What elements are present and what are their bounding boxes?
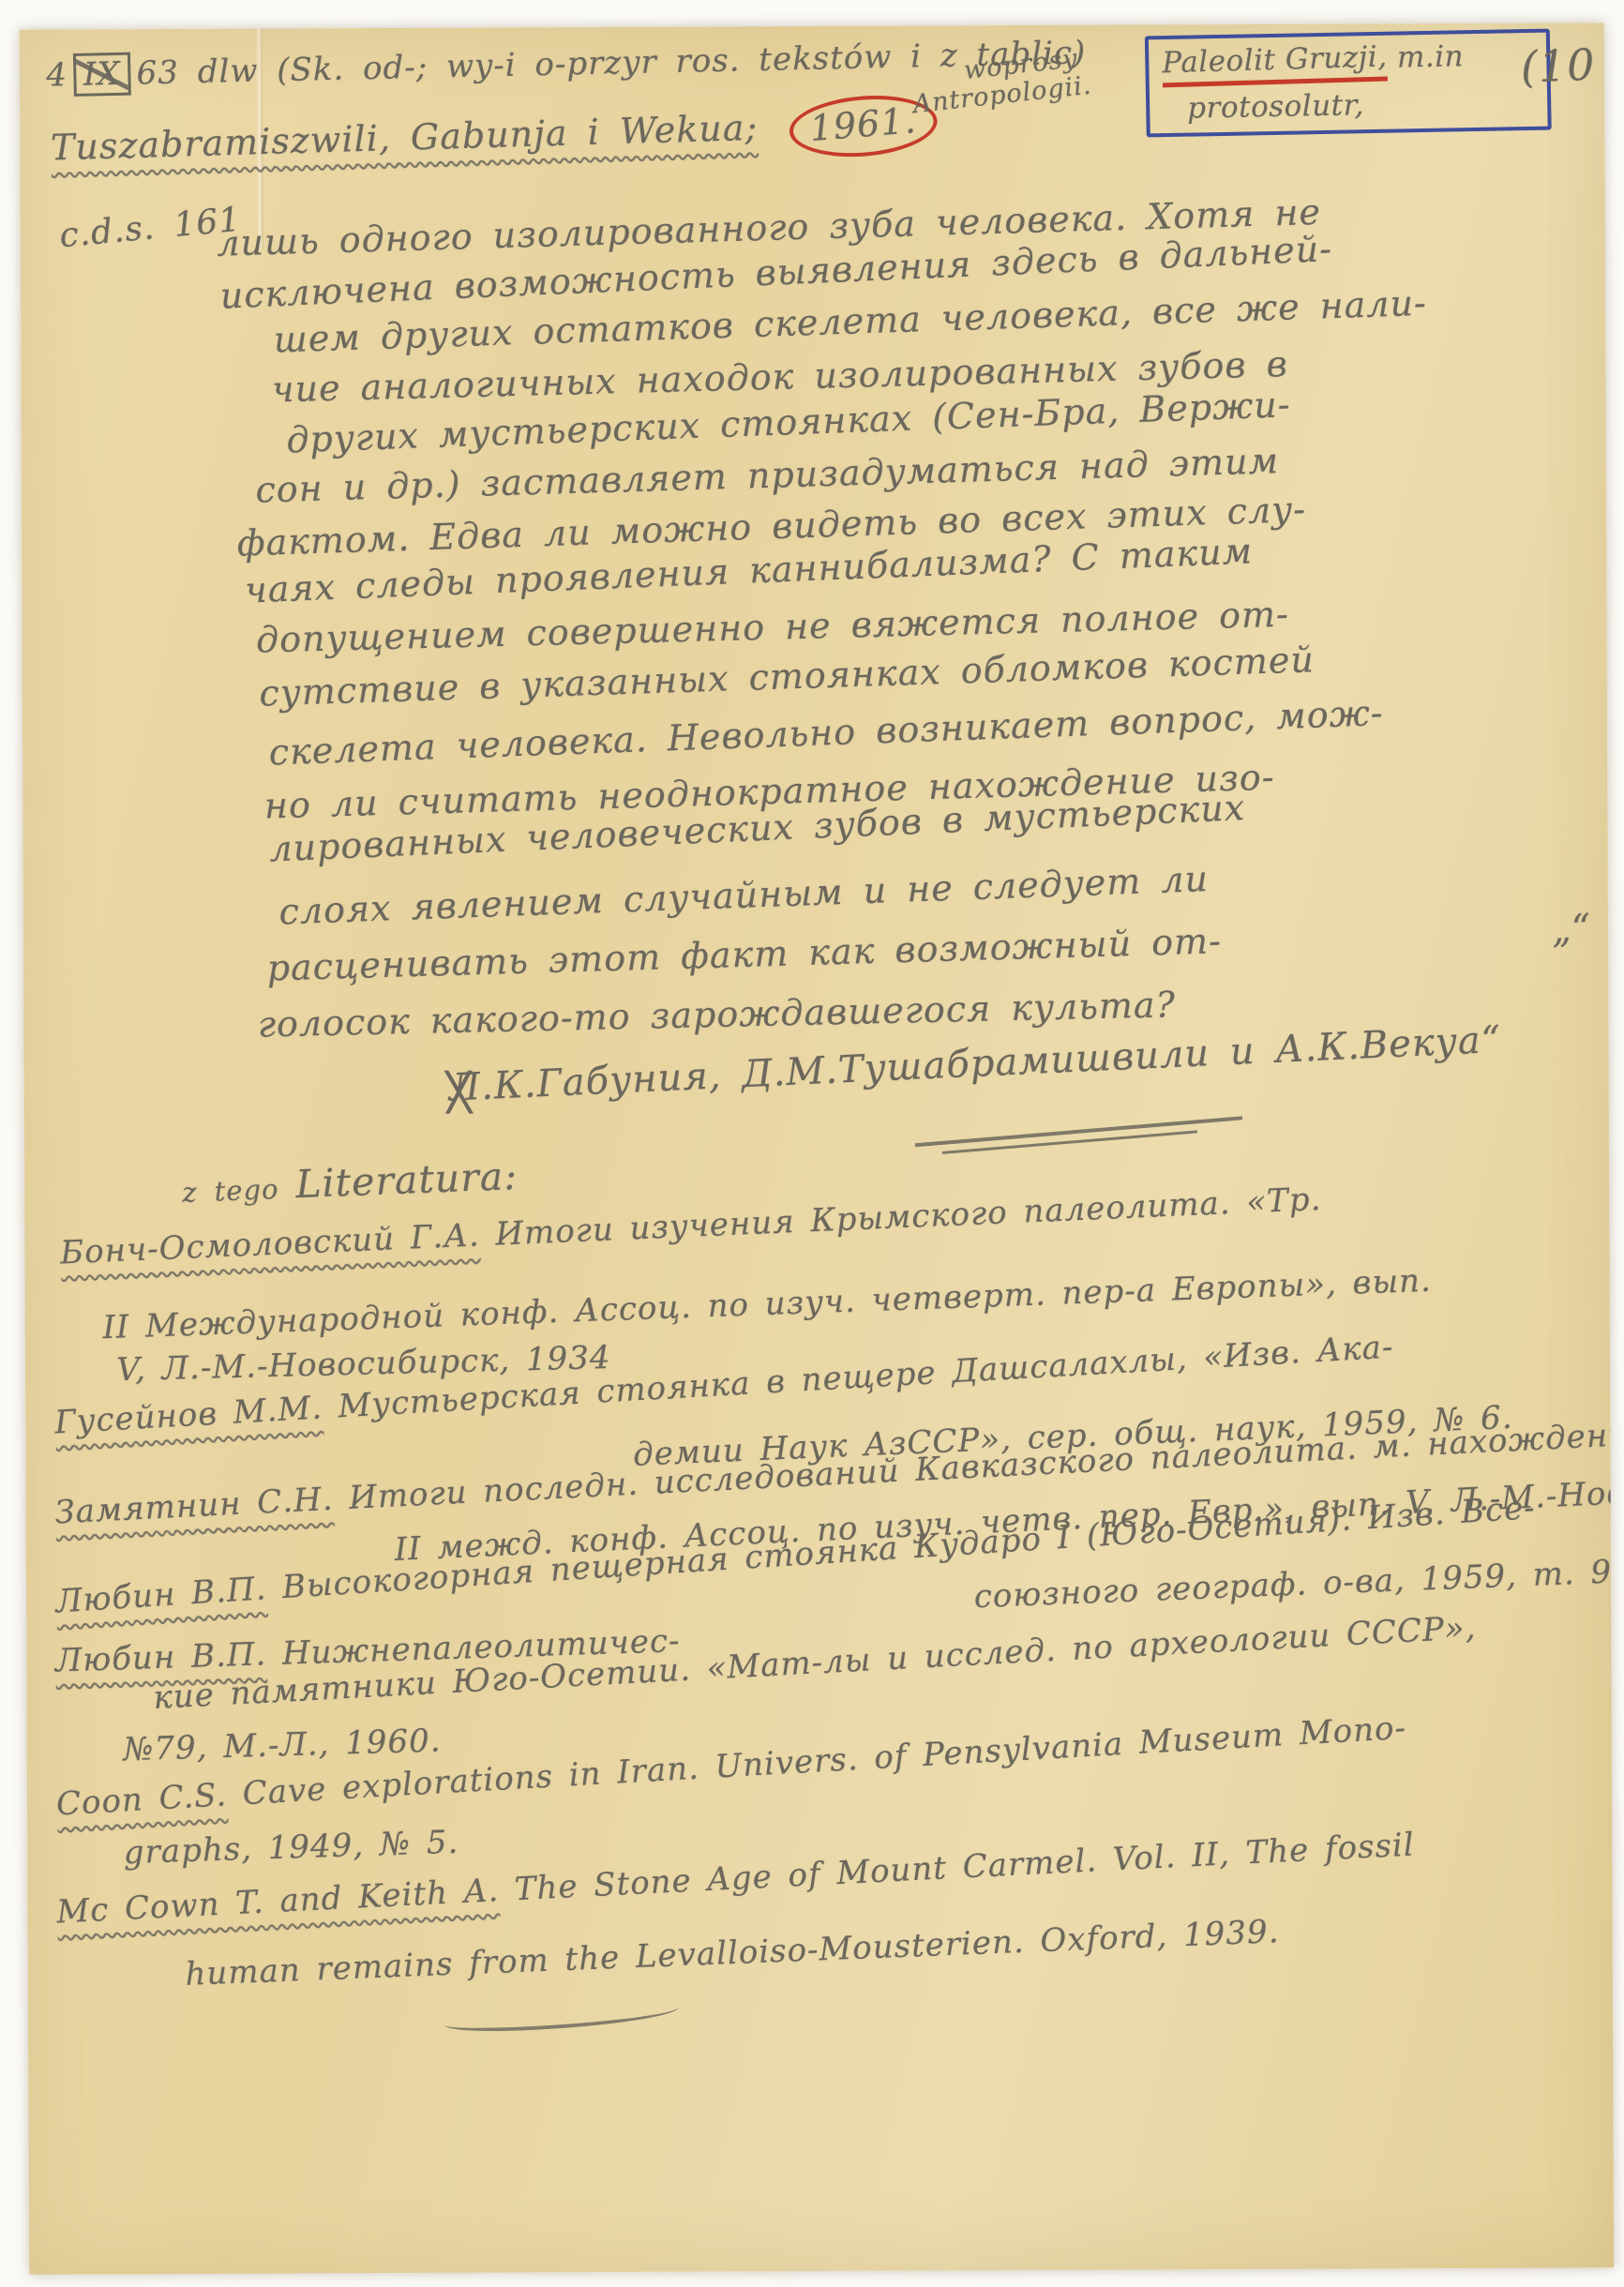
bibliography-line: graphs, 1949, № 5.	[123, 1824, 459, 1873]
bibliography-line: №79, М.-Л., 1960.	[123, 1722, 442, 1768]
bib-author: Любин В.П.	[54, 1570, 268, 1620]
bibliography-heading-prefix: z tego	[182, 1173, 280, 1209]
topic-title-underlined: Paleolit Gruzji,	[1162, 39, 1388, 87]
bib-author: Mc Cown T. and Keith A.	[55, 1872, 500, 1931]
page-number: (10	[1520, 39, 1597, 93]
body-line: расценивать этот факт как возможный от-	[266, 920, 1222, 988]
bib-author: Coon C.S.	[55, 1776, 228, 1823]
bib-text: Итоги изучения Крымского палеолита. «Тр.	[479, 1181, 1322, 1254]
crossed-month-box: IX	[73, 53, 132, 97]
quotation-mark: „“	[1550, 906, 1593, 952]
bottom-flourish	[444, 1997, 679, 2035]
header-authors: Tuszabramiszwili, Gabunja i Wekua;	[50, 107, 758, 169]
bib-text: human remains from the Levalloiso-Mouste…	[185, 1913, 1280, 1994]
topic-line2: protosolutr,	[1187, 85, 1539, 126]
bib-text: The Stone Age of Mount Carmel. Vol. II, …	[498, 1826, 1415, 1909]
bibliography-line: союзного географ. о-ва, 1959, т. 91.	[973, 1552, 1614, 1616]
bib-author: Гусейнов М.М.	[53, 1389, 323, 1441]
bibliography-line: human remains from the Levalloiso-Mouste…	[185, 1913, 1280, 1994]
bib-text: №79, М.-Л., 1960.	[123, 1722, 442, 1768]
margin-note: c.d.s. 161	[58, 201, 243, 256]
bibliography-line: II Международной конф. Ассоц. по изуч. ч…	[102, 1262, 1433, 1347]
bib-text: II Международной конф. Ассоц. по изуч. ч…	[102, 1262, 1433, 1347]
body-line: слоях явлением случайным и не следует ли	[278, 858, 1210, 932]
bib-author: Замятнин С.Н.	[54, 1481, 335, 1532]
bibliography-heading-word: Literatura:	[294, 1153, 519, 1207]
topic-line1-rest: m.in	[1397, 39, 1465, 74]
body-line: голосок какого-то зарождавшегося культа?	[257, 984, 1176, 1045]
bibliography-heading: z tegoLiteratura:	[181, 1153, 519, 1211]
header-date-day: 4	[46, 56, 68, 94]
header-authors-line: Tuszabramiszwili, Gabunja i Wekua;1961.	[50, 94, 939, 179]
paper-sheet: 4IX63 dlw (Sk. od-; wy-i o-przyr ros. te…	[20, 23, 1614, 2274]
topic-box: Paleolit Gruzji, m.in protosolutr,	[1145, 29, 1552, 138]
bib-author: Любин В.П.	[54, 1635, 267, 1679]
signature-underline-flourish	[915, 1116, 1243, 1158]
bib-author: Бонч-Осмоловский Г.А.	[59, 1216, 480, 1271]
topic-line1: Paleolit Gruzji, m.in	[1162, 38, 1538, 86]
bib-text: graphs, 1949, № 5.	[123, 1824, 459, 1873]
scanned-document: { "colors":{"paper":"#e7d5a2","pencil":"…	[0, 0, 1624, 2287]
bib-text: союзного географ. о-ва, 1959, т. 91.	[973, 1552, 1614, 1616]
